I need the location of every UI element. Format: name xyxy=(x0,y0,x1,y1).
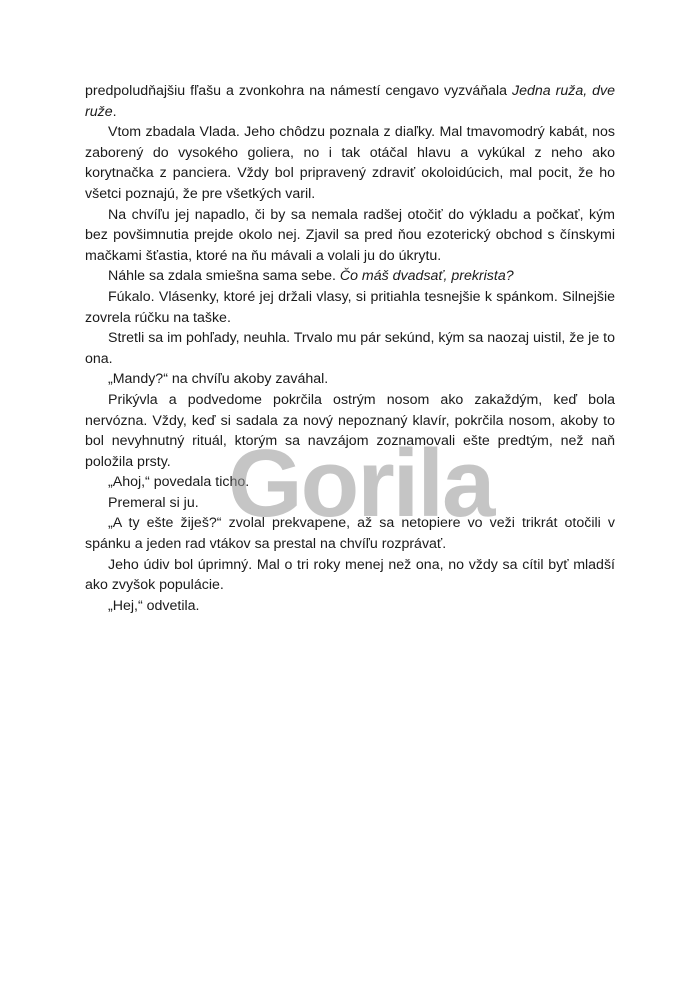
text-run: „Mandy?“ na chvíľu akoby zaváhal. xyxy=(108,371,328,387)
text-run: Vtom zbadala Vlada. Jeho chôdzu poznala … xyxy=(85,124,615,202)
paragraph: Náhle sa zdala smiešna sama sebe. Čo máš… xyxy=(85,266,615,287)
text-run: . xyxy=(113,104,117,120)
paragraph: Fúkalo. Vlásenky, ktoré jej držali vlasy… xyxy=(85,287,615,328)
paragraph: Stretli sa im pohľady, neuhla. Trvalo mu… xyxy=(85,328,615,369)
paragraph: „Ahoj,“ povedala ticho. xyxy=(85,472,615,493)
text-run: Na chvíľu jej napadlo, či by sa nemala r… xyxy=(85,207,615,264)
paragraph: predpoludňajšiu fľašu a zvonkohra na nám… xyxy=(85,81,615,122)
text-run: Jeho údiv bol úprimný. Mal o tri roky me… xyxy=(85,557,615,594)
paragraph: „Mandy?“ na chvíľu akoby zaváhal. xyxy=(85,369,615,390)
text-run: „Ahoj,“ povedala ticho. xyxy=(108,474,249,490)
text-run: „A ty ešte žiješ?“ zvolal prekvapene, až… xyxy=(85,515,615,552)
text-run: predpoludňajšiu fľašu a zvonkohra na nám… xyxy=(85,83,512,99)
document-page: predpoludňajšiu fľašu a zvonkohra na nám… xyxy=(85,81,615,616)
paragraph: Prikývla a podvedome pokrčila ostrým nos… xyxy=(85,390,615,472)
paragraph: „Hej,“ odvetila. xyxy=(85,596,615,617)
paragraph: Vtom zbadala Vlada. Jeho chôdzu poznala … xyxy=(85,122,615,204)
text-run: Stretli sa im pohľady, neuhla. Trvalo mu… xyxy=(85,330,615,367)
text-run: Prikývla a podvedome pokrčila ostrým nos… xyxy=(85,392,615,470)
text-run: Premeral si ju. xyxy=(108,495,199,511)
paragraph: Jeho údiv bol úprimný. Mal o tri roky me… xyxy=(85,555,615,596)
paragraph: Premeral si ju. xyxy=(85,493,615,514)
paragraph: „A ty ešte žiješ?“ zvolal prekvapene, až… xyxy=(85,513,615,554)
text-run: Náhle sa zdala smiešna sama sebe. xyxy=(108,268,340,284)
text-run: Fúkalo. Vlásenky, ktoré jej držali vlasy… xyxy=(85,289,615,326)
paragraph: Na chvíľu jej napadlo, či by sa nemala r… xyxy=(85,205,615,267)
text-run: „Hej,“ odvetila. xyxy=(108,598,199,614)
italic-text: Čo máš dvadsať, prekrista? xyxy=(340,268,514,284)
